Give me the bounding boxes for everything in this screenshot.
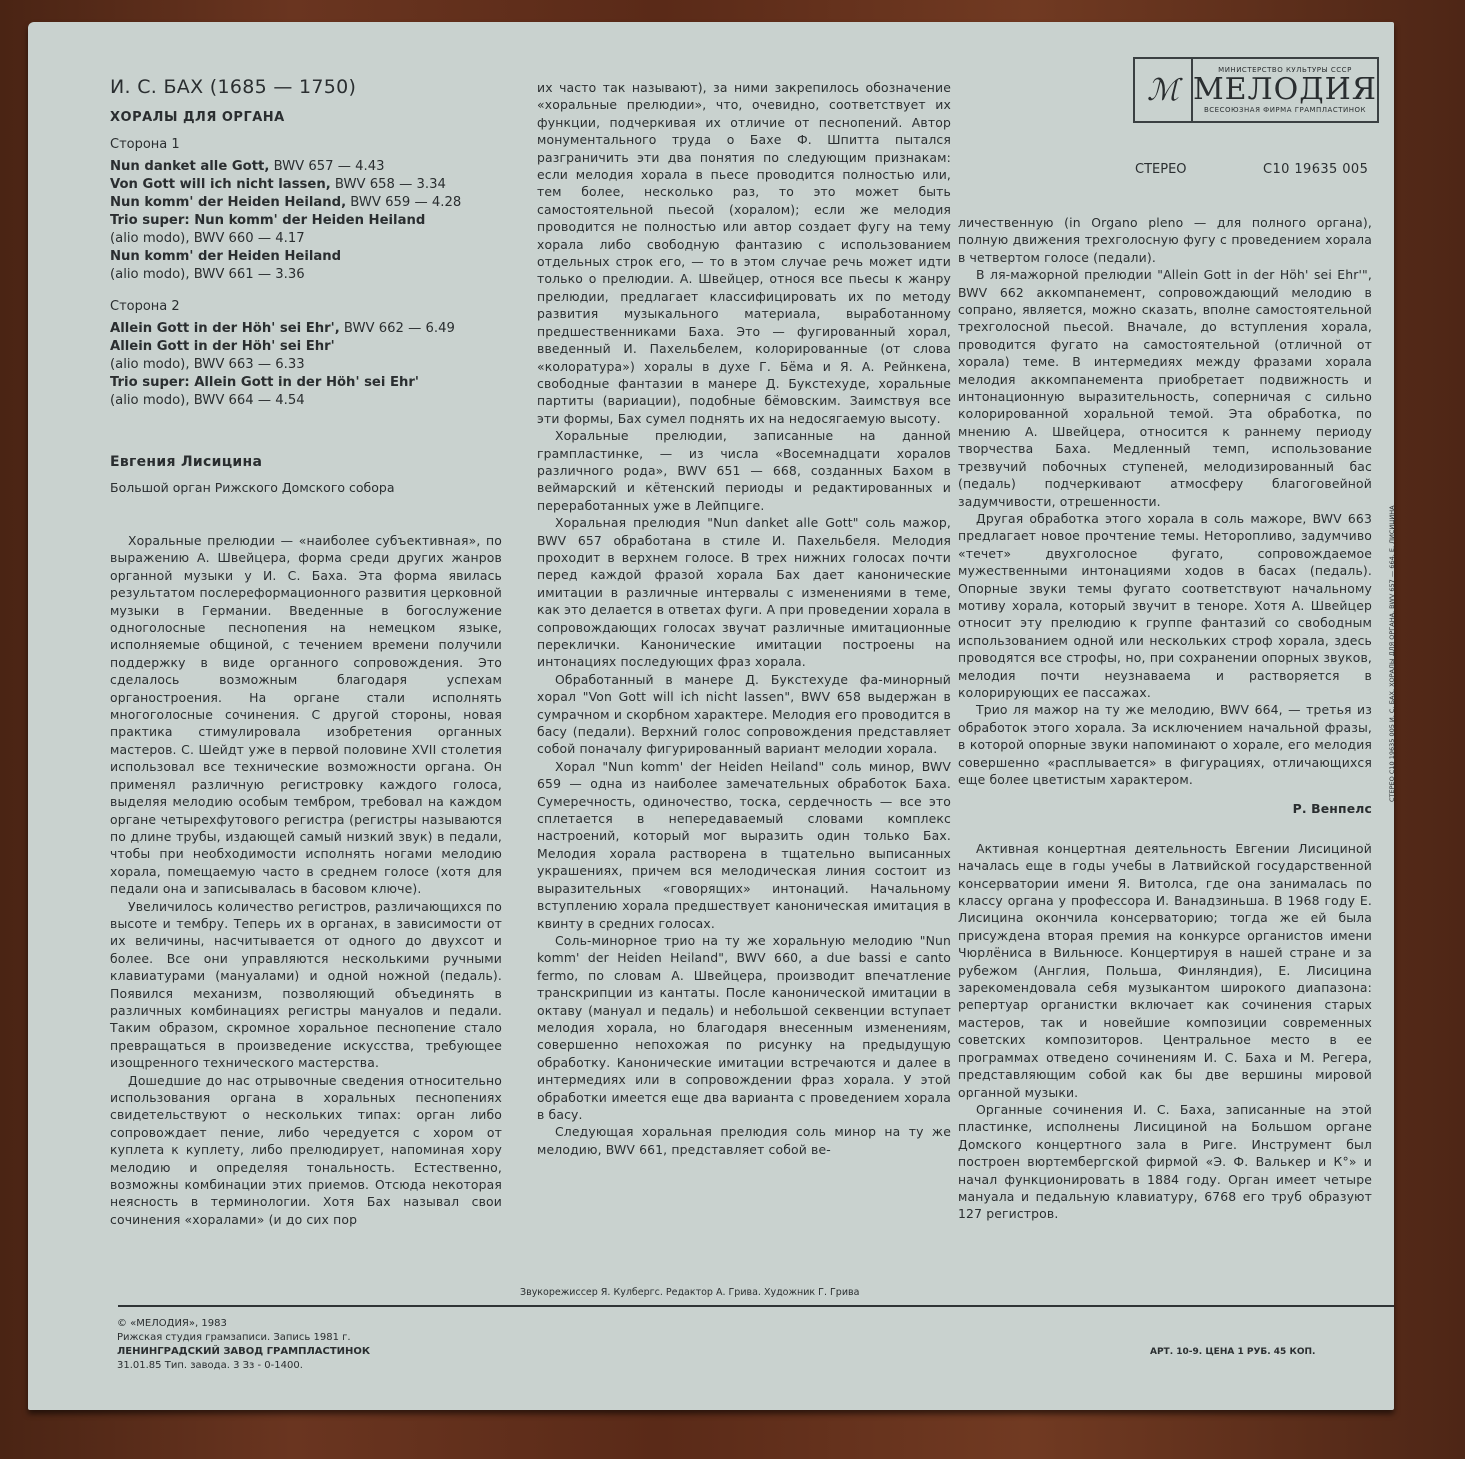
- stereo-label: СТЕРЕО: [1135, 162, 1187, 177]
- price: АРТ. 10-9. ЦЕНА 1 РУБ. 45 КОП.: [1150, 1347, 1315, 1357]
- track-title: Trio super: Allein Gott in der Höh' sei …: [110, 375, 419, 390]
- track-info: BWV 662 — 6.49: [340, 321, 455, 336]
- track-item: Trio super: Allein Gott in der Höh' sei …: [110, 374, 530, 410]
- spine-text: СТЕРЕО С10 19635 005 И. С. БАХ. ХОРАЛЫ Д…: [1388, 505, 1396, 802]
- paragraph: Следующая хоральная прелюдия соль минор …: [537, 1123, 951, 1158]
- track-info: (alio modo), BWV 660 — 4.17: [110, 231, 305, 246]
- side-2-heading: Сторона 2: [110, 298, 530, 316]
- performer-venue: Большой орган Рижского Домского собора: [110, 480, 394, 495]
- paragraph: В ля-мажорной прелюдии "Allein Gott in d…: [958, 266, 1372, 510]
- track-title: Allein Gott in der Höh' sei Ehr': [110, 339, 335, 354]
- studio: Рижская студия грамзаписи. Запись 1981 г…: [117, 1331, 370, 1345]
- paragraph: Хоральная прелюдия "Nun danket alle Gott…: [537, 514, 951, 671]
- paragraph: Соль-минорное трио на ту же хоральную ме…: [537, 932, 951, 1123]
- track-info: (alio modo), BWV 664 — 4.54: [110, 393, 305, 408]
- paragraph: Активная концертная деятельность Евгении…: [958, 840, 1372, 1101]
- track-item: Allein Gott in der Höh' sei Ehr', BWV 66…: [110, 320, 530, 338]
- track-item: Allein Gott in der Höh' sei Ehr'(alio mo…: [110, 338, 530, 374]
- paragraph: Хоральные прелюдии, записанные на данной…: [537, 427, 951, 514]
- paragraph: Обработанный в манере Д. Букстехуде фа-м…: [537, 671, 951, 758]
- paragraph: Другая обработка этого хорала в соль маж…: [958, 510, 1372, 701]
- track-info: (alio modo), BWV 663 — 6.33: [110, 357, 305, 372]
- album-title: ХОРАЛЫ ДЛЯ ОРГАНА: [110, 110, 285, 125]
- paragraph: Хоральные прелюдии — «наиболее субъектив…: [110, 532, 502, 898]
- plant: ЛЕНИНГРАДСКИЙ ЗАВОД ГРАМПЛАСТИНОК: [117, 1345, 370, 1359]
- production-credits: Звукорежиссер Я. Кулбергс. Редактор А. Г…: [520, 1287, 859, 1298]
- copyright: © «МЕЛОДИЯ», 1983: [117, 1317, 370, 1331]
- track-item: Trio super: Nun komm' der Heiden Heiland…: [110, 212, 530, 248]
- catalog-number: С10 19635 005: [1263, 162, 1368, 177]
- track-item: Nun danket alle Gott, BWV 657 — 4.43: [110, 158, 530, 176]
- logo-company: ВСЕСОЮЗНАЯ ФИРМА ГРАМПЛАСТИНОК: [1204, 106, 1366, 114]
- track-info: (alio modo), BWV 661 — 3.36: [110, 267, 305, 282]
- track-title: Nun danket alle Gott,: [110, 159, 269, 174]
- track-title: Nun komm' der Heiden Heiland: [110, 249, 341, 264]
- paragraph: Трио ля мажор на ту же мелодию, BWV 664,…: [958, 701, 1372, 788]
- performer-name: Евгения Лисицина: [110, 454, 262, 470]
- track-title: Allein Gott in der Höh' sei Ehr',: [110, 321, 340, 336]
- liner-notes-column-2: их часто так называют), за ними закрепил…: [537, 79, 951, 1158]
- melodiya-emblem-icon: ℳ: [1135, 59, 1193, 121]
- composer-title: И. С. БАХ (1685 — 1750): [110, 76, 356, 98]
- print-info: 31.01.85 Тип. завода. 3 Зз - 0-1400.: [117, 1359, 370, 1373]
- imprint: © «МЕЛОДИЯ», 1983 Рижская студия грамзап…: [117, 1317, 370, 1373]
- tracklist: Сторона 1 Nun danket alle Gott, BWV 657 …: [110, 134, 530, 410]
- track-title: Trio super: Nun komm' der Heiden Heiland: [110, 213, 425, 228]
- paragraph: Увеличилось количество регистров, различ…: [110, 898, 502, 1072]
- side-1-tracks: Nun danket alle Gott, BWV 657 — 4.43Von …: [110, 158, 530, 284]
- side-1-heading: Сторона 1: [110, 136, 530, 154]
- paragraph: Дошедшие до нас отрывочные сведения отно…: [110, 1072, 502, 1229]
- liner-notes-column-1: Хоральные прелюдии — «наиболее субъектив…: [110, 532, 502, 1228]
- track-item: Von Gott will ich nicht lassen, BWV 658 …: [110, 176, 530, 194]
- logo-name: МЕЛОДИЯ: [1193, 74, 1377, 106]
- paragraph: личественную (in Organo pleno — для полн…: [958, 214, 1372, 266]
- track-info: BWV 657 — 4.43: [269, 159, 384, 174]
- paragraph: Хорал "Nun komm' der Heiden Heiland" сол…: [537, 758, 951, 932]
- record-back-cover: И. С. БАХ (1685 — 1750) ХОРАЛЫ ДЛЯ ОРГАН…: [28, 22, 1394, 1410]
- footer-divider: [118, 1305, 1394, 1307]
- track-info: BWV 659 — 4.28: [346, 195, 461, 210]
- melodiya-logo: ℳ МИНИСТЕРСТВО КУЛЬТУРЫ СССР МЕЛОДИЯ ВСЕ…: [1133, 57, 1379, 123]
- track-info: BWV 658 — 3.34: [331, 177, 446, 192]
- track-item: Nun komm' der Heiden Heiland(alio modo),…: [110, 248, 530, 284]
- track-title: Von Gott will ich nicht lassen,: [110, 177, 331, 192]
- track-title: Nun komm' der Heiden Heiland,: [110, 195, 346, 210]
- paragraph: их часто так называют), за ними закрепил…: [537, 79, 951, 427]
- liner-notes-column-3: личественную (in Organo pleno — для полн…: [958, 214, 1372, 1223]
- side-2-tracks: Allein Gott in der Höh' sei Ehr', BWV 66…: [110, 320, 530, 410]
- paragraph: Органные сочинения И. С. Баха, записанны…: [958, 1101, 1372, 1223]
- track-item: Nun komm' der Heiden Heiland, BWV 659 — …: [110, 194, 530, 212]
- notes-author: Р. Венпелс: [958, 800, 1372, 817]
